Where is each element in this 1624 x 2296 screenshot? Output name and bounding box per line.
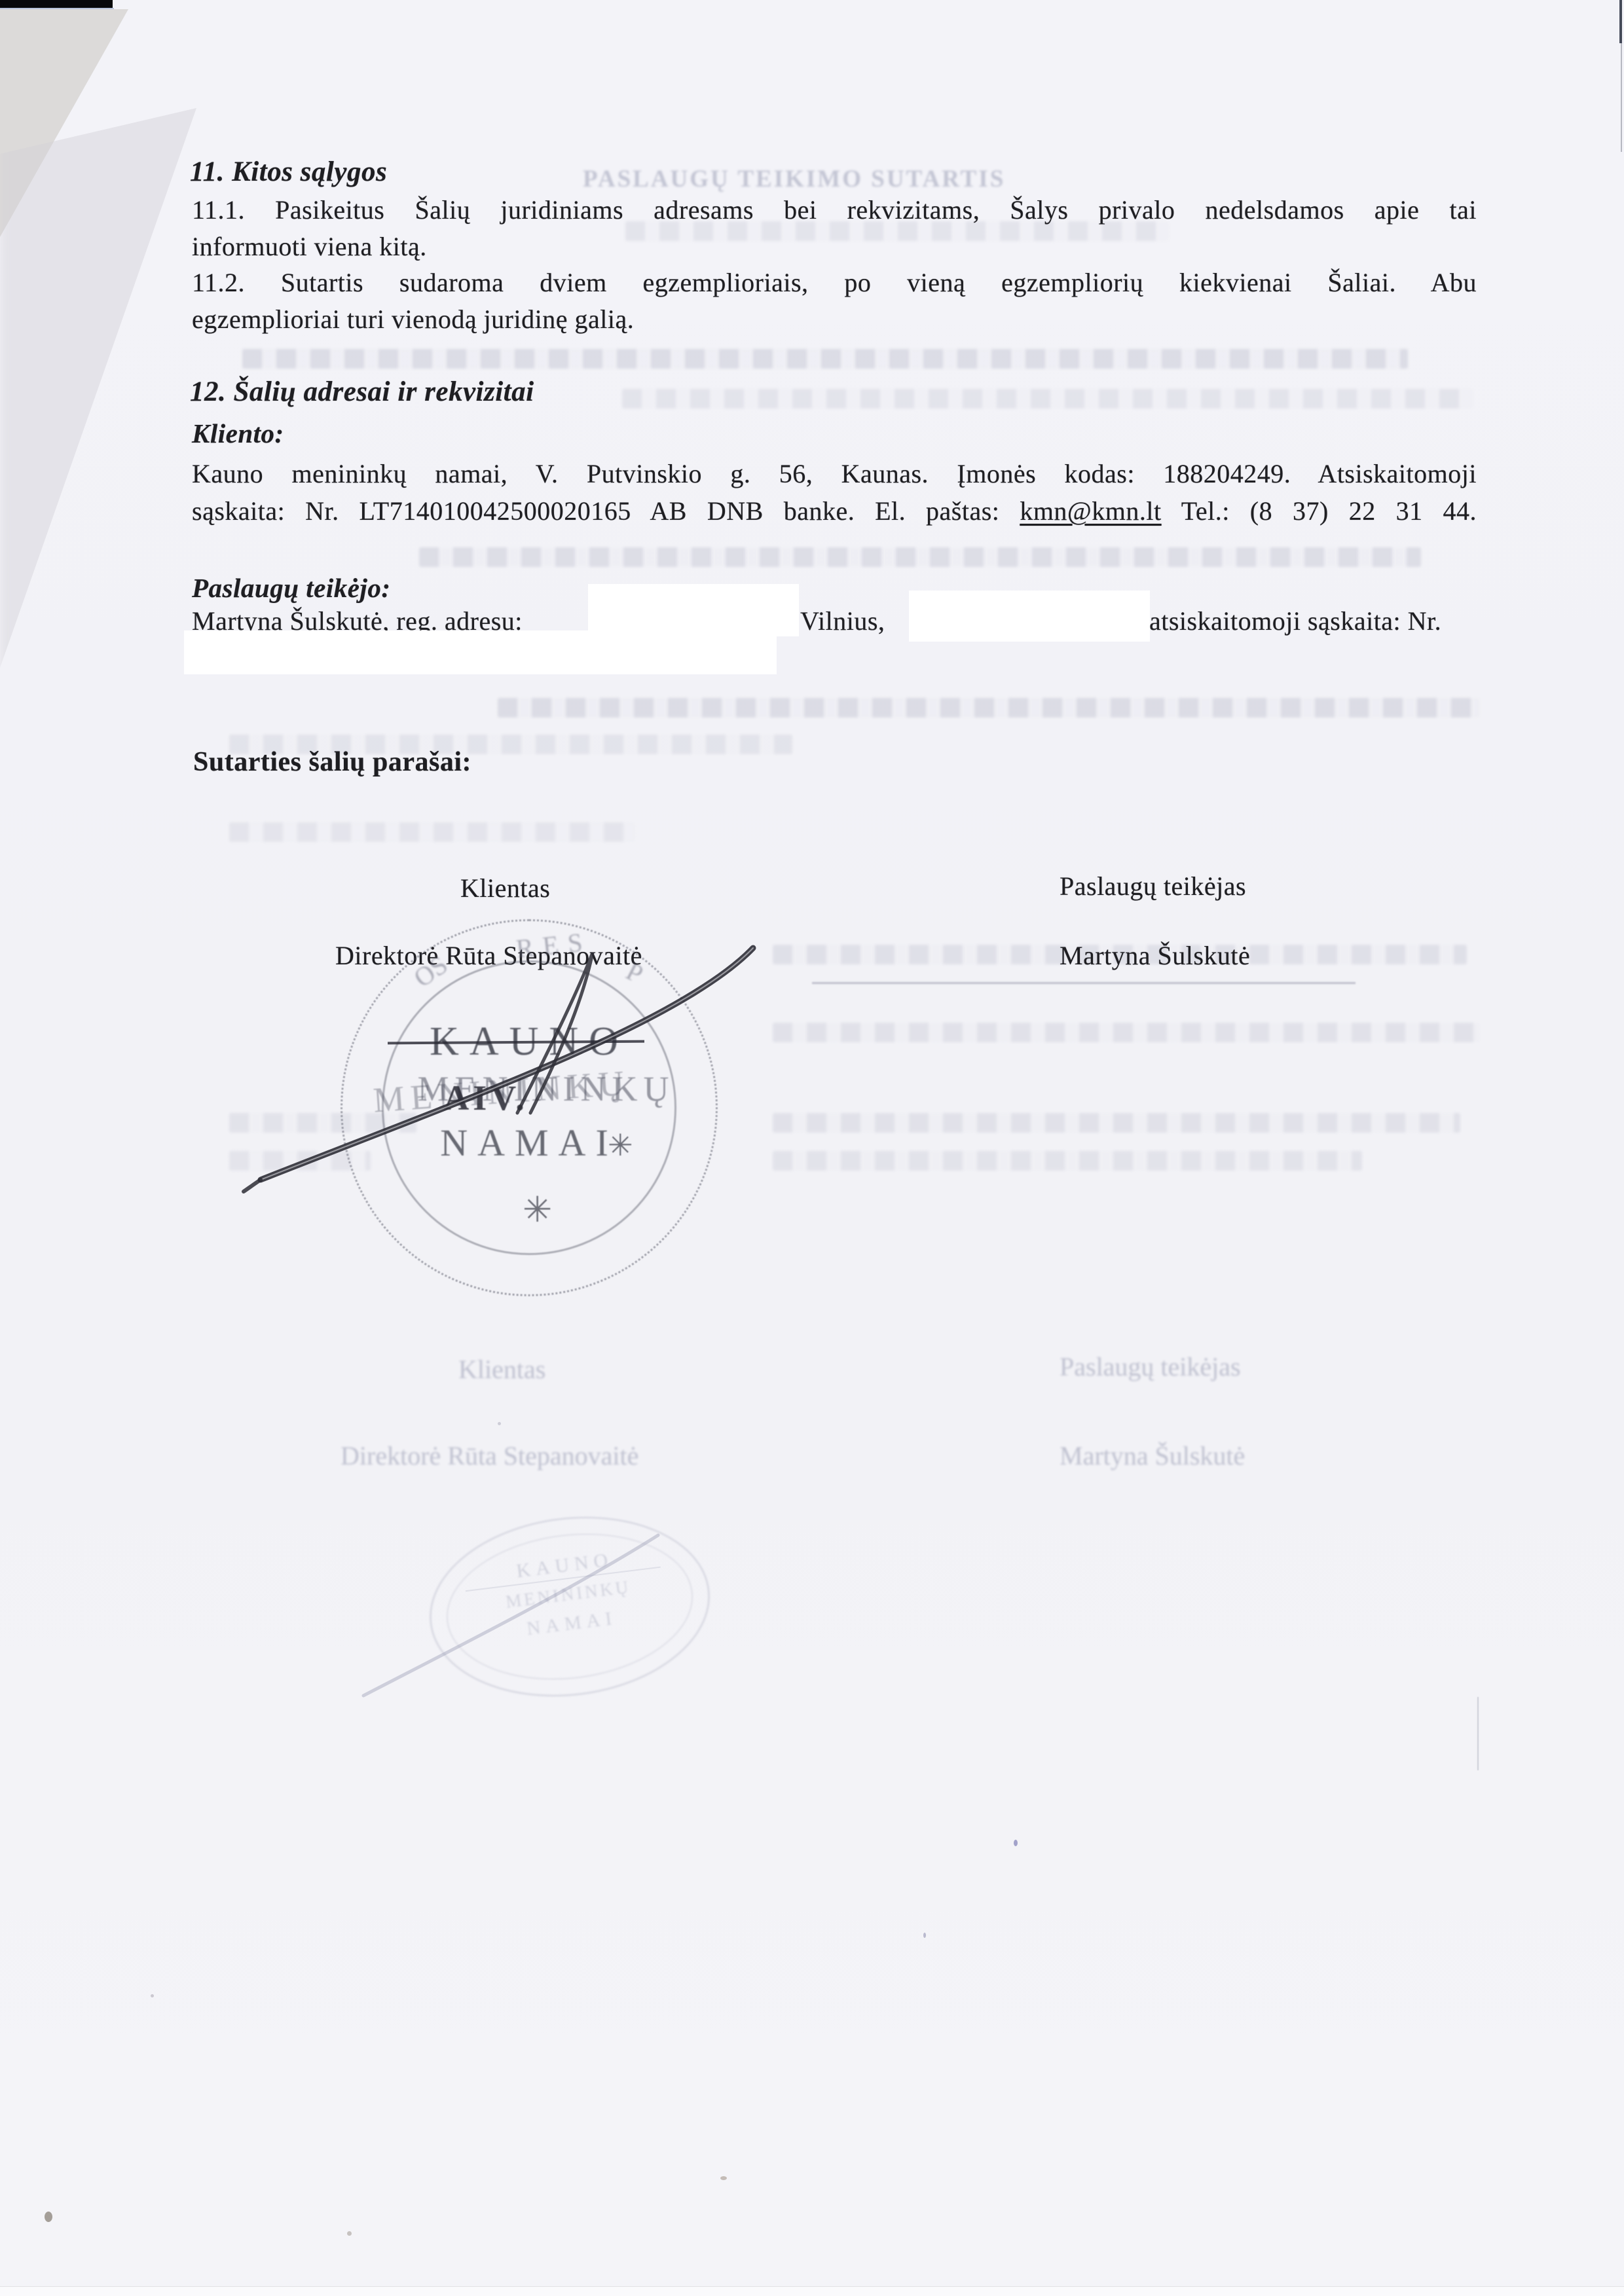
scan-speck [347,2231,352,2236]
scan-speck [45,2212,52,2222]
right-edge-line [1619,0,1622,43]
clause-11-1-line-2: informuoti viena kitą. [192,231,427,262]
client-role-label: Klientas [460,873,550,903]
ghost-line [419,547,1421,567]
redaction-box-account [184,630,777,674]
scanned-contract-page: { "colors": { "paper": "#f3f3f7", "ink":… [0,0,1624,2296]
scan-speck [1014,1840,1018,1846]
provider-requisites-suffix: atsiskaitomoji sąskaita: Nr. [1149,606,1441,636]
scan-speck [720,2176,727,2180]
ghost-title: PASLAUGŲ TEIKIMO SUTARTIS [583,165,1005,193]
clause-11-2-line-1: 11.2. Sutartis sudaroma dviem egzemplior… [192,267,1477,298]
client-requisites-line-2: sąskaita: Nr. LT714010042500020165 AB DN… [192,496,1477,526]
ghost-line [229,822,635,842]
ghost-line [773,1023,1480,1042]
bottom-edge-strip [0,2286,1624,2296]
scanner-edge-strip [0,0,113,8]
section-12-heading: 12. Šalių adresai ir rekvizitai [190,376,534,408]
ghost-client-name: Direktorė Rūta Stepanovaitė [341,1440,638,1471]
client-requisites-line-1: Kauno menininkų namai, V. Putvinskio g. … [192,458,1477,489]
ghost-underline [812,982,1356,984]
client-account-text: sąskaita: Nr. LT714010042500020165 AB DN… [192,496,1020,526]
redaction-box-address-2 [909,591,1150,642]
ghost-provider-name: Martyna Šulskutė [1060,1440,1245,1471]
provider-city: Vilnius, [800,606,885,636]
ghost-line [773,1113,1460,1133]
provider-signer-name: Martyna Šulskutė [1060,940,1250,971]
signatures-heading: Sutarties šalių parašai: [193,746,471,778]
ghost-provider-role: Paslaugų teikėjas [1060,1351,1241,1382]
client-signature [229,917,786,1218]
client-email-link: kmn@kmn.lt [1020,496,1161,526]
scan-speck [498,1422,501,1425]
ghost-line [622,389,1473,409]
ghost-line [498,698,1480,718]
redaction-box-address [588,584,799,636]
clause-11-2-line-2: egzemplioriai turi vienodą juridinę gali… [192,304,634,335]
scan-speck [923,1933,926,1938]
scan-speck [151,1994,154,1997]
ghost-line [773,1151,1362,1171]
right-edge-line-faint [1621,41,1622,152]
ghost-signature-stroke [347,1519,674,1715]
client-label: Kliento: [192,418,284,449]
ghost-client-role: Klientas [458,1354,545,1385]
section-11-heading: 11. Kitos sąlygos [190,156,387,188]
provider-role-label: Paslaugų teikėjas [1060,871,1246,902]
clause-11-1-line-1: 11.1. Pasikeitus Šalių juridiniams adres… [192,194,1477,225]
ghost-vertical-line [1477,1697,1479,1770]
client-phone-text: Tel.: (8 37) 22 31 44. [1162,496,1477,526]
provider-label: Paslaugų teikėjo: [192,572,390,604]
ghost-line [242,349,1408,369]
